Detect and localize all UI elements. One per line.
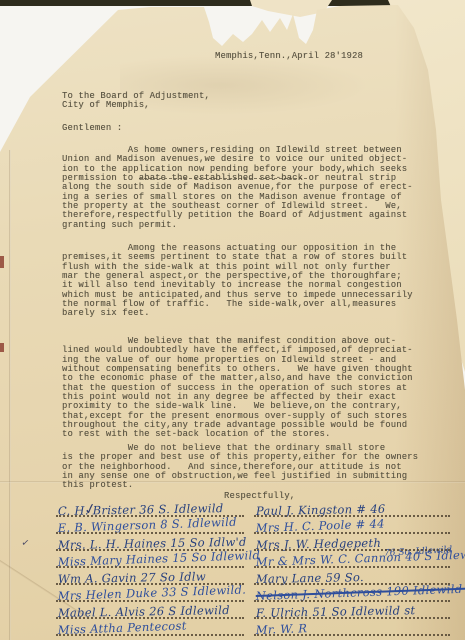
signature-left: Miss Mary Haines 15 So Idlewild xyxy=(54,553,252,570)
signature-left: Miss Attha Pentecost xyxy=(54,621,252,638)
signature-left: Mrs Helen Duke 33 S Idlewild. xyxy=(54,587,252,604)
edge-ink-mark xyxy=(0,343,4,352)
signature-row: C. H. Brister 36 S. Idlewild Paul J. Kin… xyxy=(54,502,458,519)
paragraph-4: We do not believe that the ordinary smal… xyxy=(62,444,418,491)
pen-tick-mark: ✓ xyxy=(21,536,30,551)
dotted-signature-line xyxy=(254,566,450,568)
paragraph-3: We believe that the manifest condition a… xyxy=(62,337,413,440)
paragraph-1: As home owners,residing on Idlewild stre… xyxy=(62,146,413,230)
signature-left: E. B. Wingerson 8 S. Idlewild xyxy=(54,519,252,536)
scanned-letter-page: Memphis,Tenn.,April 28'1928 To the Board… xyxy=(0,0,465,640)
letter-paper: Memphis,Tenn.,April 28'1928 To the Board… xyxy=(0,0,465,640)
signature-right: Mrs H. C. Poole # 44 xyxy=(252,519,458,536)
edge-ink-mark xyxy=(0,256,4,268)
closing: Respectfully, xyxy=(224,492,295,501)
dotted-signature-line xyxy=(254,600,450,602)
typed-strike-mark xyxy=(139,178,307,179)
dotted-signature-line xyxy=(56,532,244,534)
signature-row: E. B. Wingerson 8 S. Idlewild Mrs H. C. … xyxy=(54,519,458,536)
dotted-signature-line xyxy=(56,634,244,636)
signature-left: Mabel L. Alvis 26 S Idlewild xyxy=(54,604,252,621)
salutation: Gentlemen : xyxy=(62,124,122,133)
signature-row: Miss Mary Haines 15 So Idlewild Mr & Mrs… xyxy=(54,553,458,570)
signature-right: Paul J. Kingston # 46 xyxy=(252,502,458,519)
dotted-signature-line xyxy=(254,532,450,534)
signature-row: Mrs Helen Duke 33 S Idlewild. Nelson J. … xyxy=(54,587,458,604)
dateline: Memphis,Tenn.,April 28'1928 xyxy=(215,52,363,61)
signature-right: Mr & Mrs W. C. Cannon 40 S Idlewild xyxy=(252,553,458,570)
dotted-signature-line xyxy=(56,566,244,568)
dotted-signature-line xyxy=(56,617,244,619)
signature-right: Nelson J. Northcross 190 Idlewild ave xyxy=(252,587,458,604)
dotted-signature-line xyxy=(254,634,450,636)
signature-right: F. Ulrich 51 So Idlewild st xyxy=(252,604,458,621)
dotted-signature-line xyxy=(254,617,450,619)
recipient-address: To the Board of Adjustment, City of Memp… xyxy=(62,92,210,111)
dotted-signature-line xyxy=(56,600,244,602)
signature-block: C. H. Brister 36 S. Idlewild Paul J. Kin… xyxy=(54,502,458,638)
signature-row: Miss Attha Pentecost Mr. W. R xyxy=(54,621,458,638)
paragraph-2: Among the reasons actuating our oppositi… xyxy=(62,244,413,319)
signature-right: Mr. W. R xyxy=(252,621,458,638)
signature-row: Mabel L. Alvis 26 S Idlewild F. Ulrich 5… xyxy=(54,604,458,621)
